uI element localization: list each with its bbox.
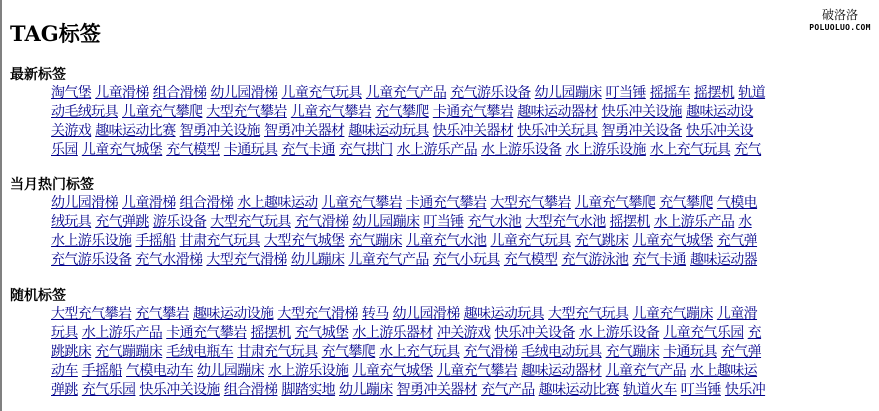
tag-link[interactable]: 充气游乐设备 (51, 252, 131, 268)
tag-link[interactable]: 叮当锤 (606, 85, 646, 101)
tag-link[interactable]: 卡通充气攀岩 (166, 325, 246, 341)
tag-link[interactable]: 动车 (51, 363, 78, 379)
tag-link[interactable]: 摇摆机 (694, 85, 734, 101)
tag-link[interactable]: 儿童滑梯 (95, 85, 149, 101)
tag-link[interactable]: 充气滑梯 (295, 214, 349, 230)
tag-link[interactable]: 水上游乐设施 (565, 142, 645, 158)
tag-link[interactable]: 趣味运动设 (686, 104, 753, 120)
watermark-cn: 破洛洛 (800, 8, 879, 22)
tag-link[interactable]: 智勇冲关器材 (397, 382, 477, 398)
tag-link[interactable]: 冲关游戏 (437, 325, 491, 341)
tag-link[interactable]: 充气攀爬 (659, 195, 713, 211)
tag-link[interactable]: 充气滑梯 (464, 344, 518, 360)
tag-link[interactable]: 儿童充气攀岩 (322, 195, 402, 211)
tag-row: 幼儿园滑梯儿童滑梯组合滑梯水上趣味运动儿童充气攀岩卡通充气攀岩大型充气攀岩儿童充… (51, 194, 879, 213)
tag-link[interactable]: 儿童充气攀岩 (437, 363, 517, 379)
section-heading: 随机标签 (10, 287, 879, 305)
tag-link[interactable]: 快乐冲关设施 (139, 382, 219, 398)
tag-link[interactable]: 充气产品 (481, 382, 535, 398)
tag-link[interactable]: 儿童充气城堡 (82, 142, 162, 158)
tag-link[interactable]: 水上趣味运动 (237, 195, 317, 211)
site-watermark: 破洛洛 POLUOLUO.COM (800, 8, 879, 34)
tag-link[interactable]: 快乐冲关设备 (494, 325, 574, 341)
tag-link[interactable]: 趣味运动器材 (517, 104, 597, 120)
tag-link[interactable]: 动毛绒玩具 (51, 104, 118, 120)
tag-link[interactable]: 幼儿园滑梯 (51, 195, 118, 211)
tag-link[interactable]: 玩具 (51, 325, 78, 341)
tag-link[interactable]: 关游戏 (51, 123, 91, 139)
tag-link[interactable]: 智勇冲关器材 (264, 123, 344, 139)
tag-link[interactable]: 组合滑梯 (224, 382, 278, 398)
tag-link[interactable]: 乐园 (51, 142, 78, 158)
tag-link[interactable]: 充气 (734, 142, 761, 158)
tag-link[interactable]: 快乐冲关器材 (433, 123, 513, 139)
tag-link[interactable]: 充气水池 (468, 214, 522, 230)
tag-link[interactable]: 儿童充气攀岩 (291, 104, 371, 120)
tag-link[interactable]: 儿童充气乐园 (663, 325, 743, 341)
tag-link[interactable]: 儿童充气水池 (406, 233, 486, 249)
tag-link[interactable]: 大型充气水池 (525, 214, 605, 230)
tag-link[interactable]: 快乐冲关玩具 (517, 123, 597, 139)
tag-link[interactable]: 儿童充气攀爬 (575, 195, 655, 211)
tag-row: 绒玩具充气弹跳游乐设备大型充气玩具充气滑梯幼儿园蹦床叮当锤充气水池大型充气水池摇… (51, 213, 879, 232)
tag-link[interactable]: 充气游乐设备 (450, 85, 530, 101)
tag-link[interactable]: 大型充气攀岩 (206, 104, 286, 120)
tag-link[interactable]: 摇摇车 (650, 85, 690, 101)
tag-link[interactable]: 充气蹦蹦床 (95, 344, 162, 360)
tag-link[interactable]: 趣味运动器 (690, 252, 757, 268)
tag-link[interactable]: 充气攀爬 (322, 344, 376, 360)
tag-link[interactable]: 充气卡通 (281, 142, 335, 158)
page-title: TAG标签 (10, 18, 101, 48)
tag-row: 充气游乐设备充气水滑梯大型充气滑梯幼儿蹦床儿童充气产品充气小玩具充气模型充气游泳… (51, 251, 879, 270)
tag-link[interactable]: 趣味运动比赛 (539, 382, 619, 398)
tag-link[interactable]: 充 (748, 325, 761, 341)
tag-list: 大型充气攀岩充气攀岩趣味运动设施大型充气滑梯转马幼儿园滑梯趣味运动玩具大型充气玩… (51, 305, 879, 400)
tag-link[interactable]: 水 (738, 214, 751, 230)
tag-link[interactable]: 大型充气滑梯 (206, 252, 286, 268)
tag-link[interactable]: 大型充气城堡 (264, 233, 344, 249)
tag-link[interactable]: 水上游乐产品 (654, 214, 734, 230)
tag-link[interactable]: 儿童充气城堡 (632, 233, 712, 249)
tag-link[interactable]: 叮当锤 (423, 214, 463, 230)
tag-link[interactable]: 水上游乐器材 (352, 325, 432, 341)
tag-link[interactable]: 智勇冲关设施 (180, 123, 260, 139)
section-heading: 最新标签 (10, 66, 879, 84)
tag-link[interactable]: 充气模型 (504, 252, 558, 268)
tag-link[interactable]: 转马 (362, 306, 389, 322)
tag-link[interactable]: 手摇船 (135, 233, 175, 249)
tag-link[interactable]: 充气水滑梯 (135, 252, 202, 268)
tag-list: 幼儿园滑梯儿童滑梯组合滑梯水上趣味运动儿童充气攀岩卡通充气攀岩大型充气攀岩儿童充… (51, 194, 879, 270)
tag-link[interactable]: 儿童充气产品 (606, 363, 686, 379)
tag-link[interactable]: 水上游乐设备 (579, 325, 659, 341)
tag-link[interactable]: 毛绒电瓶车 (166, 344, 233, 360)
tag-link[interactable]: 趣味运动器材 (521, 363, 601, 379)
tag-link[interactable]: 水上游乐产品 (82, 325, 162, 341)
tag-link[interactable]: 快乐冲关设施 (602, 104, 682, 120)
tag-link[interactable]: 儿童充气攀爬 (122, 104, 202, 120)
tag-link[interactable]: 幼儿园蹦床 (535, 85, 602, 101)
tag-link[interactable]: 充气弹 (721, 344, 761, 360)
tag-link[interactable]: 趣味运动玩具 (464, 306, 544, 322)
tag-link[interactable]: 淘气堡 (51, 85, 91, 101)
tag-link[interactable]: 快乐冲关设 (686, 123, 753, 139)
tag-link[interactable]: 充气弹 (717, 233, 757, 249)
tag-link[interactable]: 水上趣味运 (690, 363, 757, 379)
tag-link[interactable]: 轨道火车 (623, 382, 677, 398)
tag-link[interactable]: 儿童滑梯 (122, 195, 176, 211)
tag-link[interactable]: 充气弹跳 (95, 214, 149, 230)
tag-link[interactable]: 充气游泳池 (561, 252, 628, 268)
tag-link[interactable]: 幼儿园滑梯 (393, 306, 460, 322)
tag-link[interactable]: 充气攀爬 (375, 104, 429, 120)
tag-row: 大型充气攀岩充气攀岩趣味运动设施大型充气滑梯转马幼儿园滑梯趣味运动玩具大型充气玩… (51, 305, 879, 324)
tag-link[interactable]: 大型充气玩具 (210, 214, 290, 230)
tag-link[interactable]: 充气乐园 (82, 382, 136, 398)
tag-link[interactable]: 叮当锤 (681, 382, 721, 398)
tag-link[interactable]: 充气城堡 (295, 325, 349, 341)
tag-link[interactable]: 组合滑梯 (180, 195, 234, 211)
tag-link[interactable]: 甘肃充气玩具 (180, 233, 260, 249)
tag-link[interactable]: 水上游乐设施 (268, 363, 348, 379)
tag-link[interactable]: 摇摆机 (610, 214, 650, 230)
section-random-tags: 随机标签 大型充气攀岩充气攀岩趣味运动设施大型充气滑梯转马幼儿园滑梯趣味运动玩具… (10, 287, 879, 400)
tag-link[interactable]: 智勇冲关设备 (602, 123, 682, 139)
tag-row: 水上游乐设施手摇船甘肃充气玩具大型充气城堡充气蹦床儿童充气水池儿童充气玩具充气跳… (51, 232, 879, 251)
tag-link[interactable]: 儿童充气玩具 (490, 233, 570, 249)
tag-link[interactable]: 卡通充气攀岩 (406, 195, 486, 211)
tag-link[interactable]: 水上充气玩具 (650, 142, 730, 158)
tag-link[interactable]: 儿童充气产品 (366, 85, 446, 101)
tag-link[interactable]: 弹跳 (51, 382, 78, 398)
tag-link[interactable]: 充气卡通 (632, 252, 686, 268)
tag-link[interactable]: 水上游乐产品 (397, 142, 477, 158)
tag-link[interactable]: 儿童充气蹦床 (632, 306, 712, 322)
tag-link[interactable]: 大型充气攀岩 (51, 306, 131, 322)
tag-link[interactable]: 儿童充气产品 (348, 252, 428, 268)
tag-link[interactable]: 游乐设备 (153, 214, 207, 230)
tag-row: 动毛绒玩具儿童充气攀爬大型充气攀岩儿童充气攀岩充气攀爬卡通充气攀岩趣味运动器材快… (51, 103, 879, 122)
tag-row: 动车手摇船气模电动车幼儿园蹦床水上游乐设施儿童充气城堡儿童充气攀岩趣味运动器材儿… (51, 362, 879, 381)
section-hot-tags: 当月热门标签 幼儿园滑梯儿童滑梯组合滑梯水上趣味运动儿童充气攀岩卡通充气攀岩大型… (10, 176, 879, 270)
tag-link[interactable]: 大型充气滑梯 (277, 306, 357, 322)
tag-link[interactable]: 气模电 (717, 195, 757, 211)
tag-link[interactable]: 充气蹦床 (348, 233, 402, 249)
tag-list: 淘气堡儿童滑梯组合滑梯幼儿园滑梯儿童充气玩具儿童充气产品充气游乐设备幼儿园蹦床叮… (51, 84, 879, 160)
tag-row: 玩具水上游乐产品卡通充气攀岩摇摆机充气城堡水上游乐器材冲关游戏快乐冲关设备水上游… (51, 324, 879, 343)
tag-row: 关游戏趣味运动比赛智勇冲关设施智勇冲关器材趣味运动玩具快乐冲关器材快乐冲关玩具智… (51, 122, 879, 141)
section-heading: 当月热门标签 (10, 176, 879, 194)
tag-link[interactable]: 充气攀岩 (135, 306, 189, 322)
tag-link[interactable]: 手摇船 (82, 363, 122, 379)
tag-link[interactable]: 水上充气玩具 (379, 344, 459, 360)
tag-link[interactable]: 充气蹦床 (606, 344, 660, 360)
section-latest-tags: 最新标签 淘气堡儿童滑梯组合滑梯幼儿园滑梯儿童充气玩具儿童充气产品充气游乐设备幼… (10, 66, 879, 160)
tag-link[interactable]: 趣味运动设施 (193, 306, 273, 322)
tag-link[interactable]: 趣味运动玩具 (348, 123, 428, 139)
tag-link[interactable]: 幼儿园蹦床 (197, 363, 264, 379)
tag-link[interactable]: 幼儿园蹦床 (352, 214, 419, 230)
tag-link[interactable]: 卡通玩具 (663, 344, 717, 360)
tag-link[interactable]: 毛绒电动玩具 (521, 344, 601, 360)
tag-row: 淘气堡儿童滑梯组合滑梯幼儿园滑梯儿童充气玩具儿童充气产品充气游乐设备幼儿园蹦床叮… (51, 84, 879, 103)
tag-link[interactable]: 大型充气玩具 (548, 306, 628, 322)
tag-row: 弹跳充气乐园快乐冲关设施组合滑梯脚踏实地幼儿蹦床智勇冲关器材充气产品趣味运动比赛… (51, 381, 879, 400)
tag-link[interactable]: 大型充气攀岩 (490, 195, 570, 211)
tag-link[interactable]: 水上游乐设备 (481, 142, 561, 158)
tag-link[interactable]: 绒玩具 (51, 214, 91, 230)
tag-link[interactable]: 卡通玩具 (224, 142, 278, 158)
tag-link[interactable]: 气模电动车 (126, 363, 193, 379)
tag-link[interactable]: 幼儿园滑梯 (210, 85, 277, 101)
tag-row: 乐园儿童充气城堡充气模型卡通玩具充气卡通充气拱门水上游乐产品水上游乐设备水上游乐… (51, 141, 879, 160)
tag-link[interactable]: 幼儿蹦床 (291, 252, 345, 268)
tag-link[interactable]: 充气拱门 (339, 142, 393, 158)
tag-link[interactable]: 充气小玩具 (433, 252, 500, 268)
tag-link[interactable]: 脚踏实地 (281, 382, 335, 398)
tag-link[interactable]: 摇摆机 (251, 325, 291, 341)
tag-link[interactable]: 轨道 (738, 85, 765, 101)
tag-link[interactable]: 充气跳床 (575, 233, 629, 249)
tag-link[interactable]: 组合滑梯 (153, 85, 207, 101)
tag-link[interactable]: 儿童滑 (717, 306, 757, 322)
tag-link[interactable]: 趣味运动比赛 (95, 123, 175, 139)
tag-link[interactable]: 快乐冲 (725, 382, 765, 398)
tag-link[interactable]: 甘肃充气玩具 (237, 344, 317, 360)
tag-row: 跳跳床充气蹦蹦床毛绒电瓶车甘肃充气玩具充气攀爬水上充气玩具充气滑梯毛绒电动玩具充… (51, 343, 879, 362)
tag-link[interactable]: 幼儿蹦床 (339, 382, 393, 398)
tag-link[interactable]: 跳跳床 (51, 344, 91, 360)
tag-link[interactable]: 卡通充气攀岩 (433, 104, 513, 120)
tag-link[interactable]: 儿童充气城堡 (352, 363, 432, 379)
tag-link[interactable]: 水上游乐设施 (51, 233, 131, 249)
tag-link[interactable]: 充气模型 (166, 142, 220, 158)
tag-link[interactable]: 儿童充气玩具 (281, 85, 361, 101)
watermark-en: POLUOLUO.COM (800, 22, 879, 34)
